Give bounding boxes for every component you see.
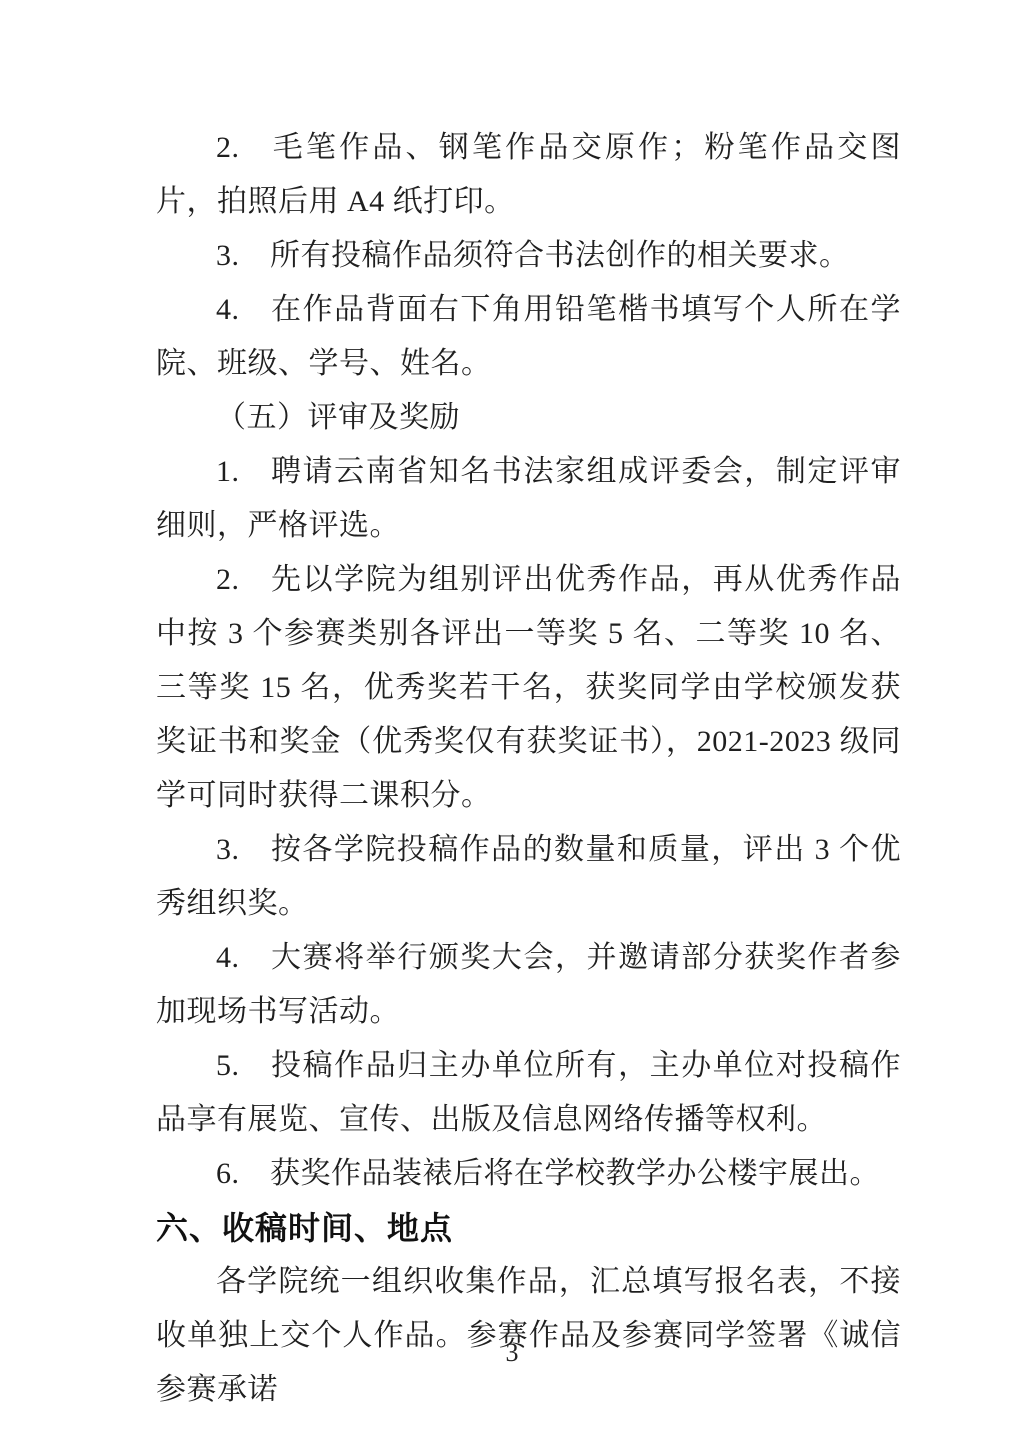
list-item-submission-3: 3. 所有投稿作品须符合书法创作的相关要求。 bbox=[156, 229, 901, 283]
section-heading-collection-time-place: 六、收稿时间、地点 bbox=[156, 1201, 901, 1255]
list-item-submission-2: 2. 毛笔作品、钢笔作品交原作；粉笔作品交图片，拍照后用 A4 纸打印。 bbox=[156, 121, 901, 229]
list-item-submission-4: 4. 在作品背面右下角用铅笔楷书填写个人所在学院、班级、学号、姓名。 bbox=[156, 283, 901, 391]
list-item-award-4: 4. 大赛将举行颁奖大会，并邀请部分获奖作者参加现场书写活动。 bbox=[156, 931, 901, 1039]
list-item-award-1: 1. 聘请云南省知名书法家组成评委会，制定评审细则，严格评选。 bbox=[156, 445, 901, 553]
document-body: 2. 毛笔作品、钢笔作品交原作；粉笔作品交图片，拍照后用 A4 纸打印。 3. … bbox=[156, 121, 901, 1417]
list-item-award-5: 5. 投稿作品归主办单位所有，主办单位对投稿作品享有展览、宣传、出版及信息网络传… bbox=[156, 1039, 901, 1147]
subsection-title-judging-awards: （五）评审及奖励 bbox=[156, 391, 901, 445]
page-number: 3 bbox=[0, 1336, 1024, 1370]
list-item-award-6: 6. 获奖作品装裱后将在学校教学办公楼宇展出。 bbox=[156, 1147, 901, 1201]
document-page: 2. 毛笔作品、钢笔作品交原作；粉笔作品交图片，拍照后用 A4 纸打印。 3. … bbox=[0, 0, 1024, 1448]
list-item-award-3: 3. 按各学院投稿作品的数量和质量，评出 3 个优秀组织奖。 bbox=[156, 823, 901, 931]
list-item-award-2: 2. 先以学院为组别评出优秀作品，再从优秀作品中按 3 个参赛类别各评出一等奖 … bbox=[156, 553, 901, 823]
